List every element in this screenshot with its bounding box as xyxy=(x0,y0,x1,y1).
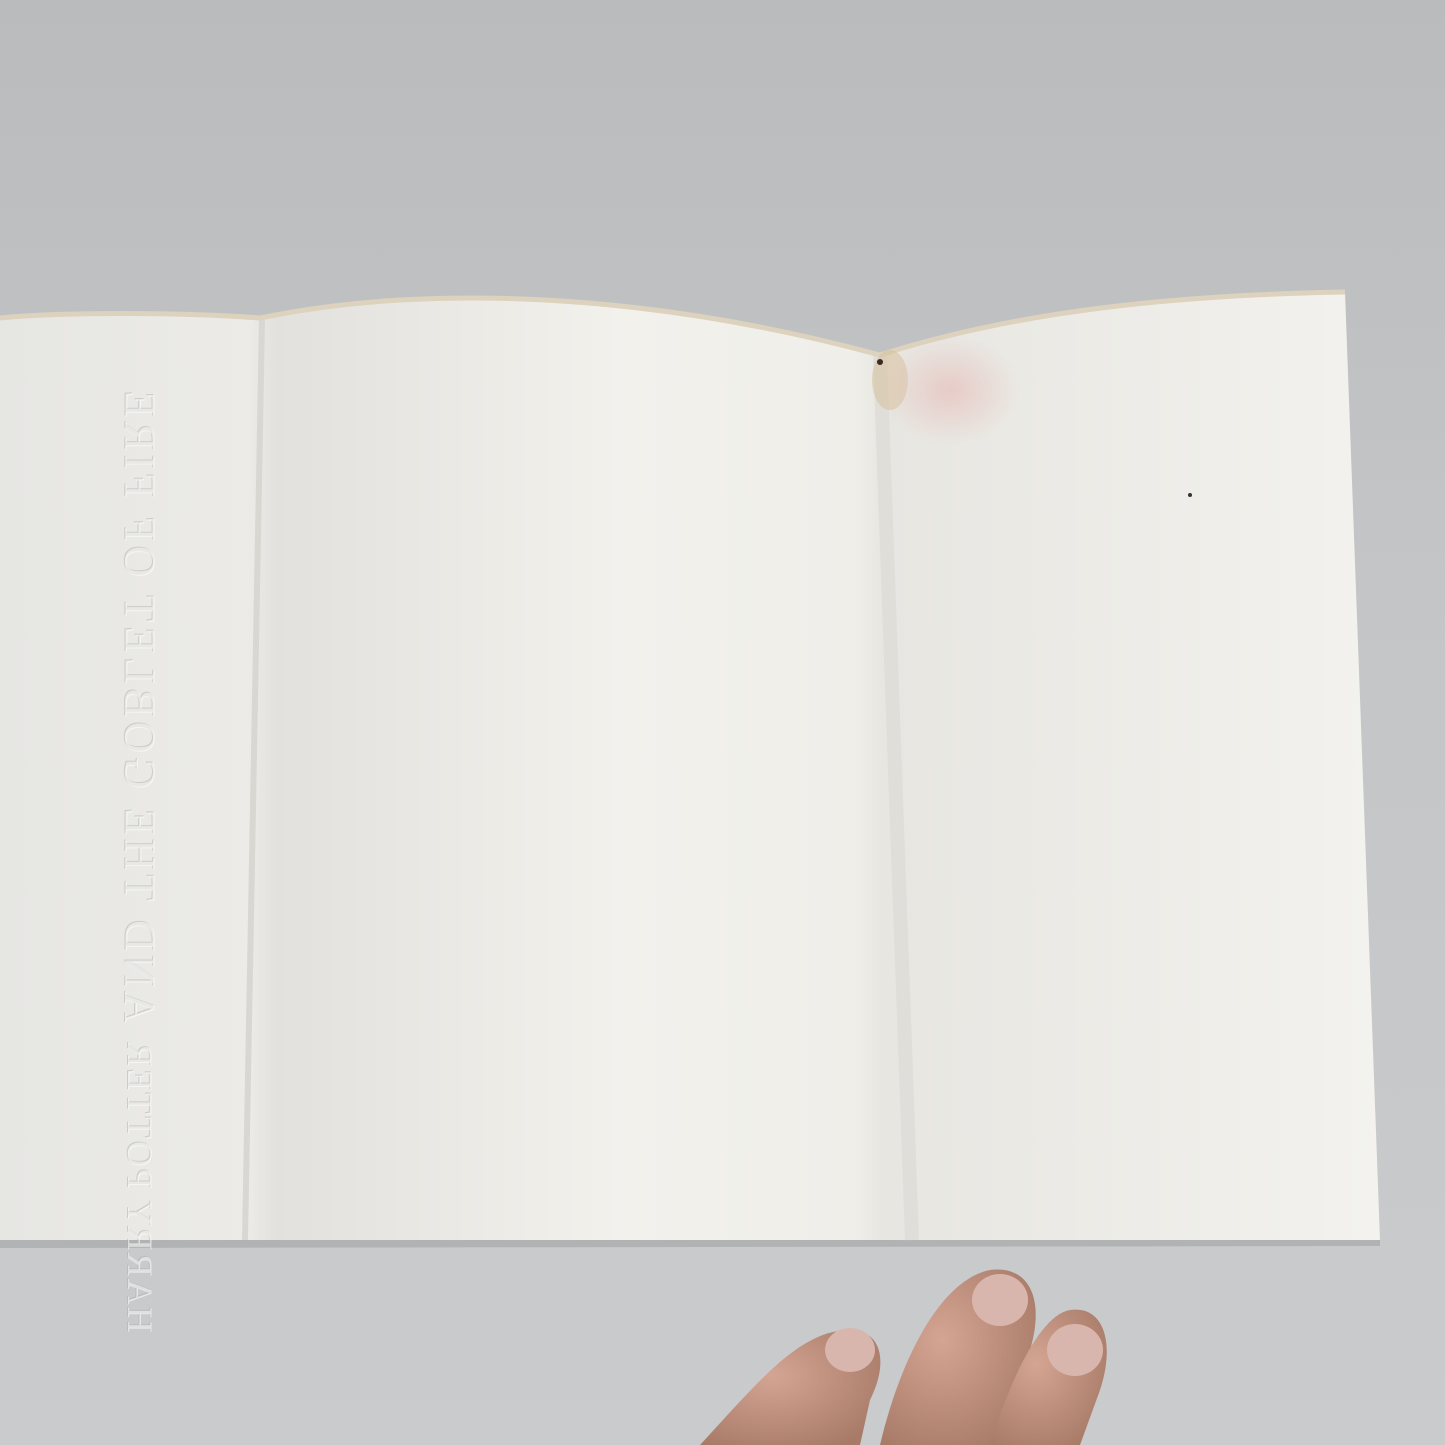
spine-embossed-title: AND THE GOBLET OF FIRE HARRY POTTER xyxy=(60,540,220,1180)
spine-title: AND THE GOBLET OF FIRE xyxy=(115,387,166,1023)
photo-scene: AND THE GOBLET OF FIRE HARRY POTTER xyxy=(0,0,1445,1445)
spine-author: HARRY POTTER xyxy=(119,1041,161,1333)
hand xyxy=(700,1270,1107,1445)
